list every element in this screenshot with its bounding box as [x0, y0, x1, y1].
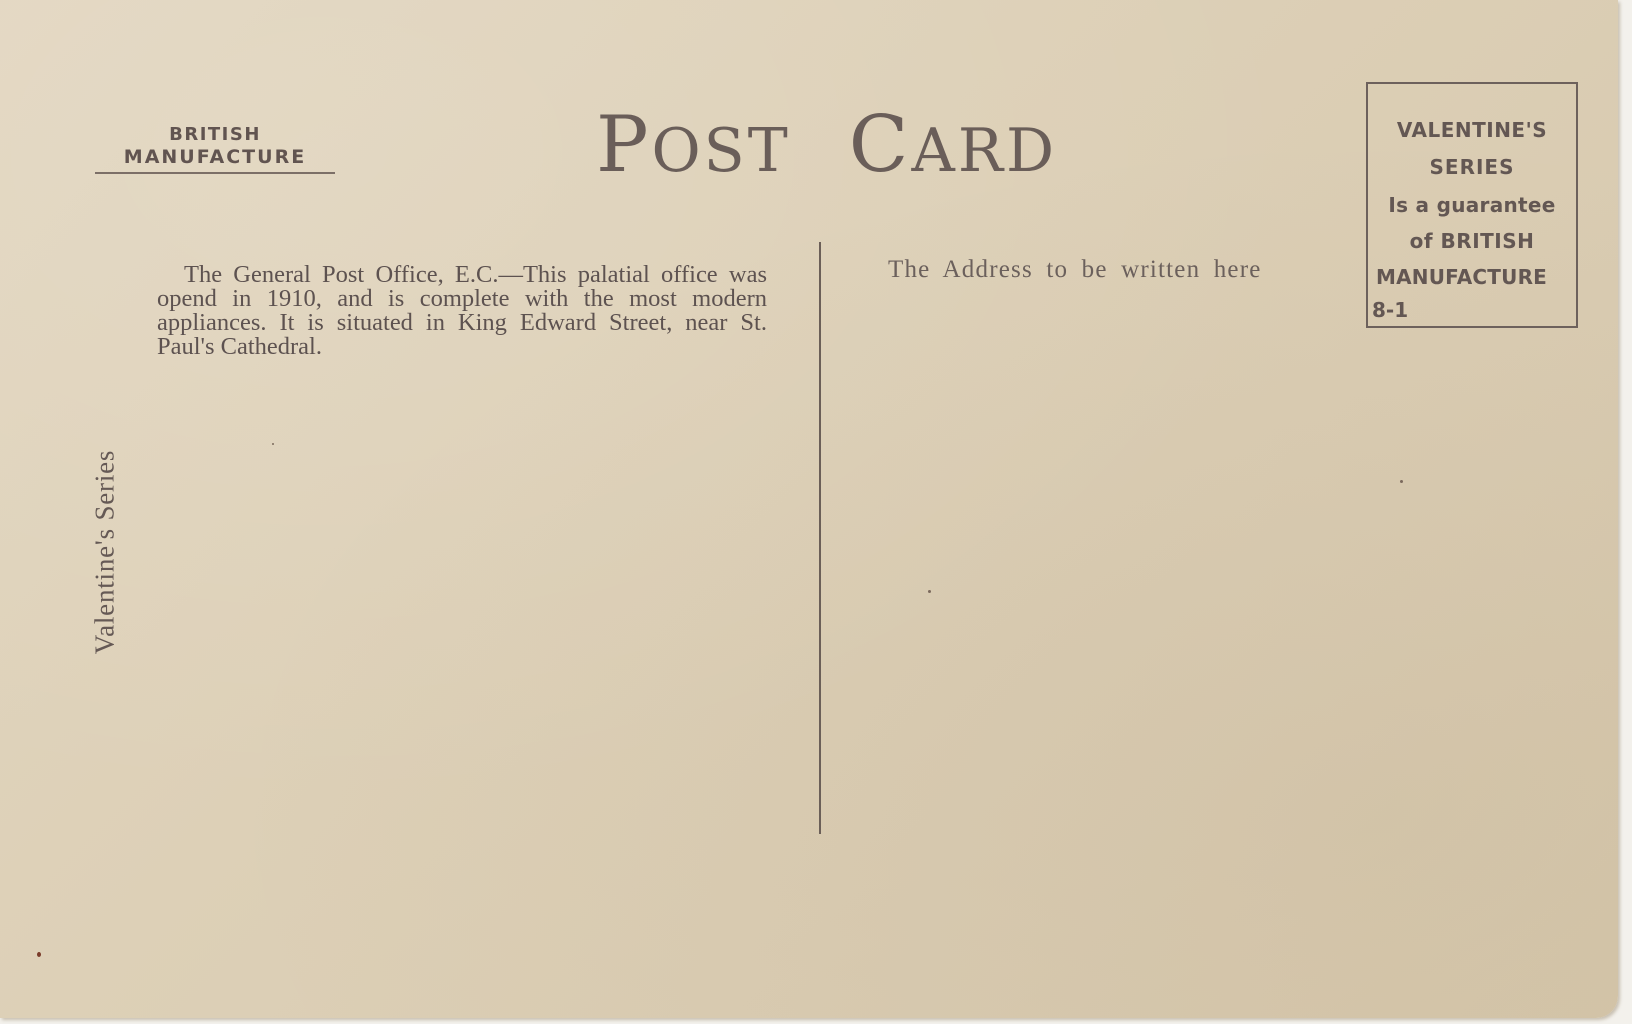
paper-speck [272, 443, 274, 445]
stamp-box: VALENTINE'S SERIES Is a guarantee of BRI… [1366, 82, 1578, 328]
picture-caption: The General Post Office, E.C.—This palat… [157, 263, 767, 359]
paper-speck [928, 590, 931, 593]
manufacture-label: MANUFACTURE [95, 146, 335, 168]
stamp-line-series: SERIES [1368, 155, 1576, 179]
title-c: C [849, 100, 912, 190]
paper-speck [1400, 480, 1403, 483]
side-imprint-valentines-series: Valentine's Series [90, 450, 121, 654]
title-ost: OST [651, 116, 790, 186]
stamp-line-british: of BRITISH [1368, 229, 1576, 253]
post-card-title: POSTCARD [596, 100, 1057, 190]
paper-speck [37, 952, 41, 957]
stamp-code: 8-1 [1372, 298, 1408, 322]
title-ard: ARD [911, 116, 1057, 186]
title-p: P [596, 100, 651, 190]
caption-text: The General Post Office, E.C.—This palat… [157, 261, 767, 360]
postcard-back: BRITISH MANUFACTURE POSTCARD The General… [0, 0, 1618, 1018]
address-prompt: The Address to be written here [888, 256, 1262, 284]
british-manufacture-heading: BRITISH MANUFACTURE [95, 124, 335, 168]
stamp-line-valentines: VALENTINE'S [1368, 118, 1576, 142]
stamp-line-manufacture: MANUFACTURE [1376, 265, 1584, 289]
center-divider-line [819, 242, 821, 834]
manufacture-underline [95, 172, 335, 174]
stamp-line-guarantee: Is a guarantee [1368, 193, 1576, 217]
british-label: BRITISH [95, 124, 335, 146]
